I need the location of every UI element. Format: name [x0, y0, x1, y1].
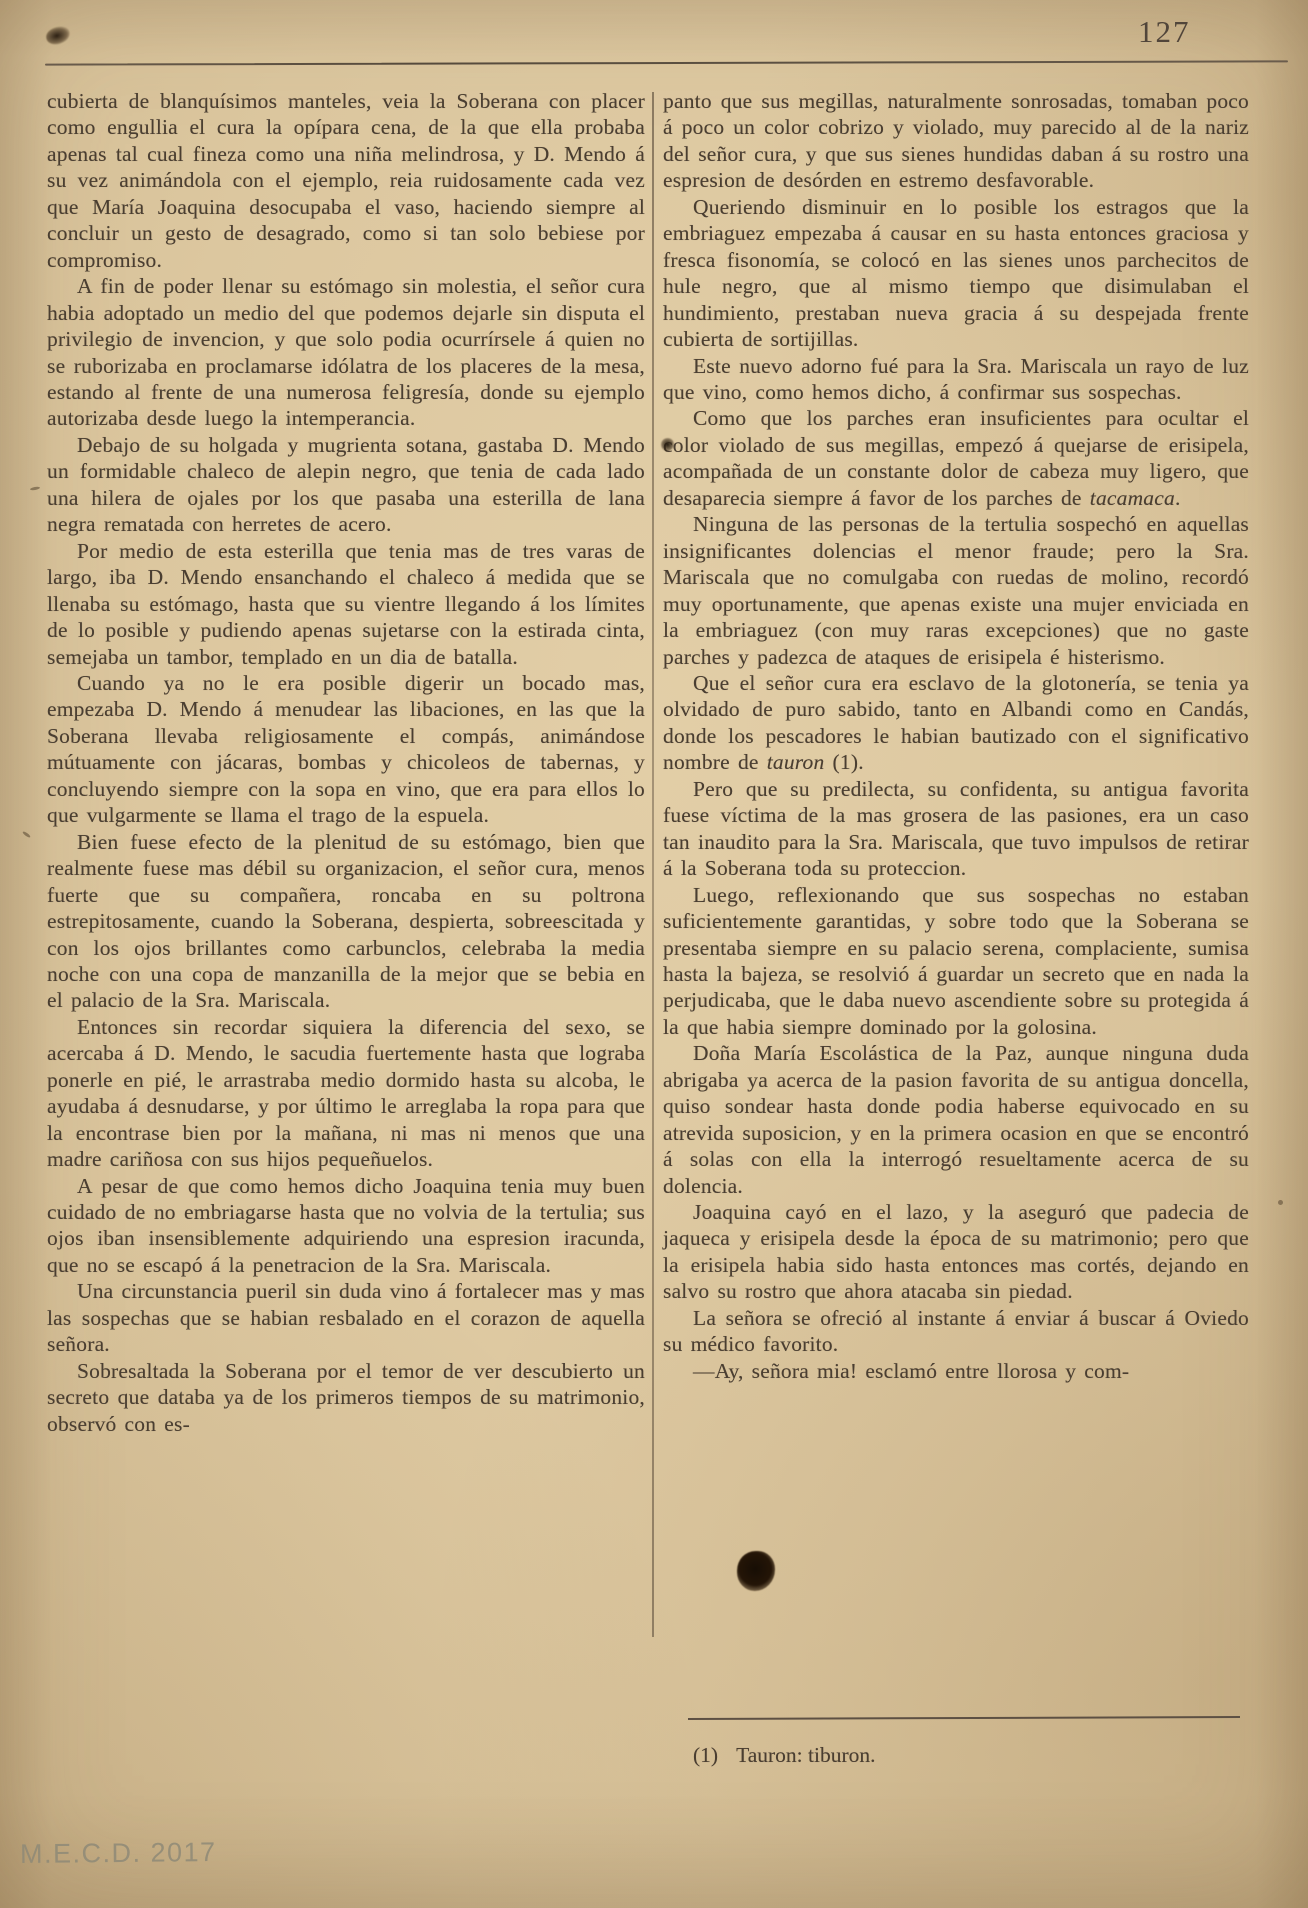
footnote-rule	[688, 1716, 1240, 1720]
paragraph: —Ay, señora mia! esclamó entre llorosa y…	[663, 1358, 1249, 1384]
ink-speck	[30, 486, 40, 491]
footnote-marker: (1)	[693, 1743, 718, 1767]
paragraph: A fin de poder llenar su estómago sin mo…	[47, 273, 645, 432]
paragraph: Doña María Escolástica de la Paz, aunque…	[663, 1040, 1249, 1199]
footnote-text: Tauron: tiburon.	[736, 1743, 875, 1767]
paragraph: Luego, reflexionando que sus sospechas n…	[663, 882, 1249, 1041]
paragraph: cubierta de blanquísimos manteles, veia …	[47, 88, 645, 273]
paragraph: Como que los parches eran insuficientes …	[663, 405, 1249, 511]
paragraph: Joaquina cayó en el lazo, y la aseguró q…	[663, 1199, 1249, 1305]
right-text-column: panto que sus megillas, naturalmente son…	[663, 88, 1249, 1384]
ink-speck	[1278, 1200, 1283, 1205]
page-number: 127	[1138, 14, 1191, 50]
paragraph: Bien fuese efecto de la plenitud de su e…	[47, 829, 645, 1014]
ink-blot	[737, 1551, 775, 1591]
footnote: (1)Tauron: tiburon.	[663, 1742, 1249, 1768]
paragraph: Este nuevo adorno fué para la Sra. Maris…	[663, 353, 1249, 406]
paragraph: Por medio de esta esterilla que tenia ma…	[47, 538, 645, 670]
paragraph: La señora se ofreció al instante á envia…	[663, 1305, 1249, 1358]
watermark: M.E.C.D. 2017	[20, 1837, 217, 1870]
paragraph: Debajo de su holgada y mugrienta sotana,…	[47, 432, 645, 538]
paragraph: panto que sus megillas, naturalmente son…	[663, 88, 1249, 194]
paragraph: Cuando ya no le era posible digerir un b…	[47, 670, 645, 829]
paragraph: Entonces sin recordar siquiera la difere…	[47, 1014, 645, 1173]
paragraph: Ninguna de las personas de la tertulia s…	[663, 511, 1249, 670]
scanned-book-page: 127 cubierta de blanquísimos manteles, v…	[0, 0, 1308, 1908]
paragraph: Pero que su predilecta, su confidenta, s…	[663, 776, 1249, 882]
paragraph: Queriendo disminuir en lo posible los es…	[663, 194, 1249, 353]
ink-blot	[44, 24, 72, 47]
paragraph: Sobresaltada la Soberana por el temor de…	[47, 1358, 645, 1437]
header-rule	[45, 60, 1288, 65]
paragraph: Que el señor cura era esclavo de la glot…	[663, 670, 1249, 776]
ink-speck	[22, 831, 31, 839]
paragraph: Una circunstancia pueril sin duda vino á…	[47, 1278, 645, 1357]
column-divider-rule	[652, 92, 654, 1637]
left-text-column: cubierta de blanquísimos manteles, veia …	[47, 88, 645, 1437]
paragraph: A pesar de que como hemos dicho Joaquina…	[47, 1173, 645, 1279]
